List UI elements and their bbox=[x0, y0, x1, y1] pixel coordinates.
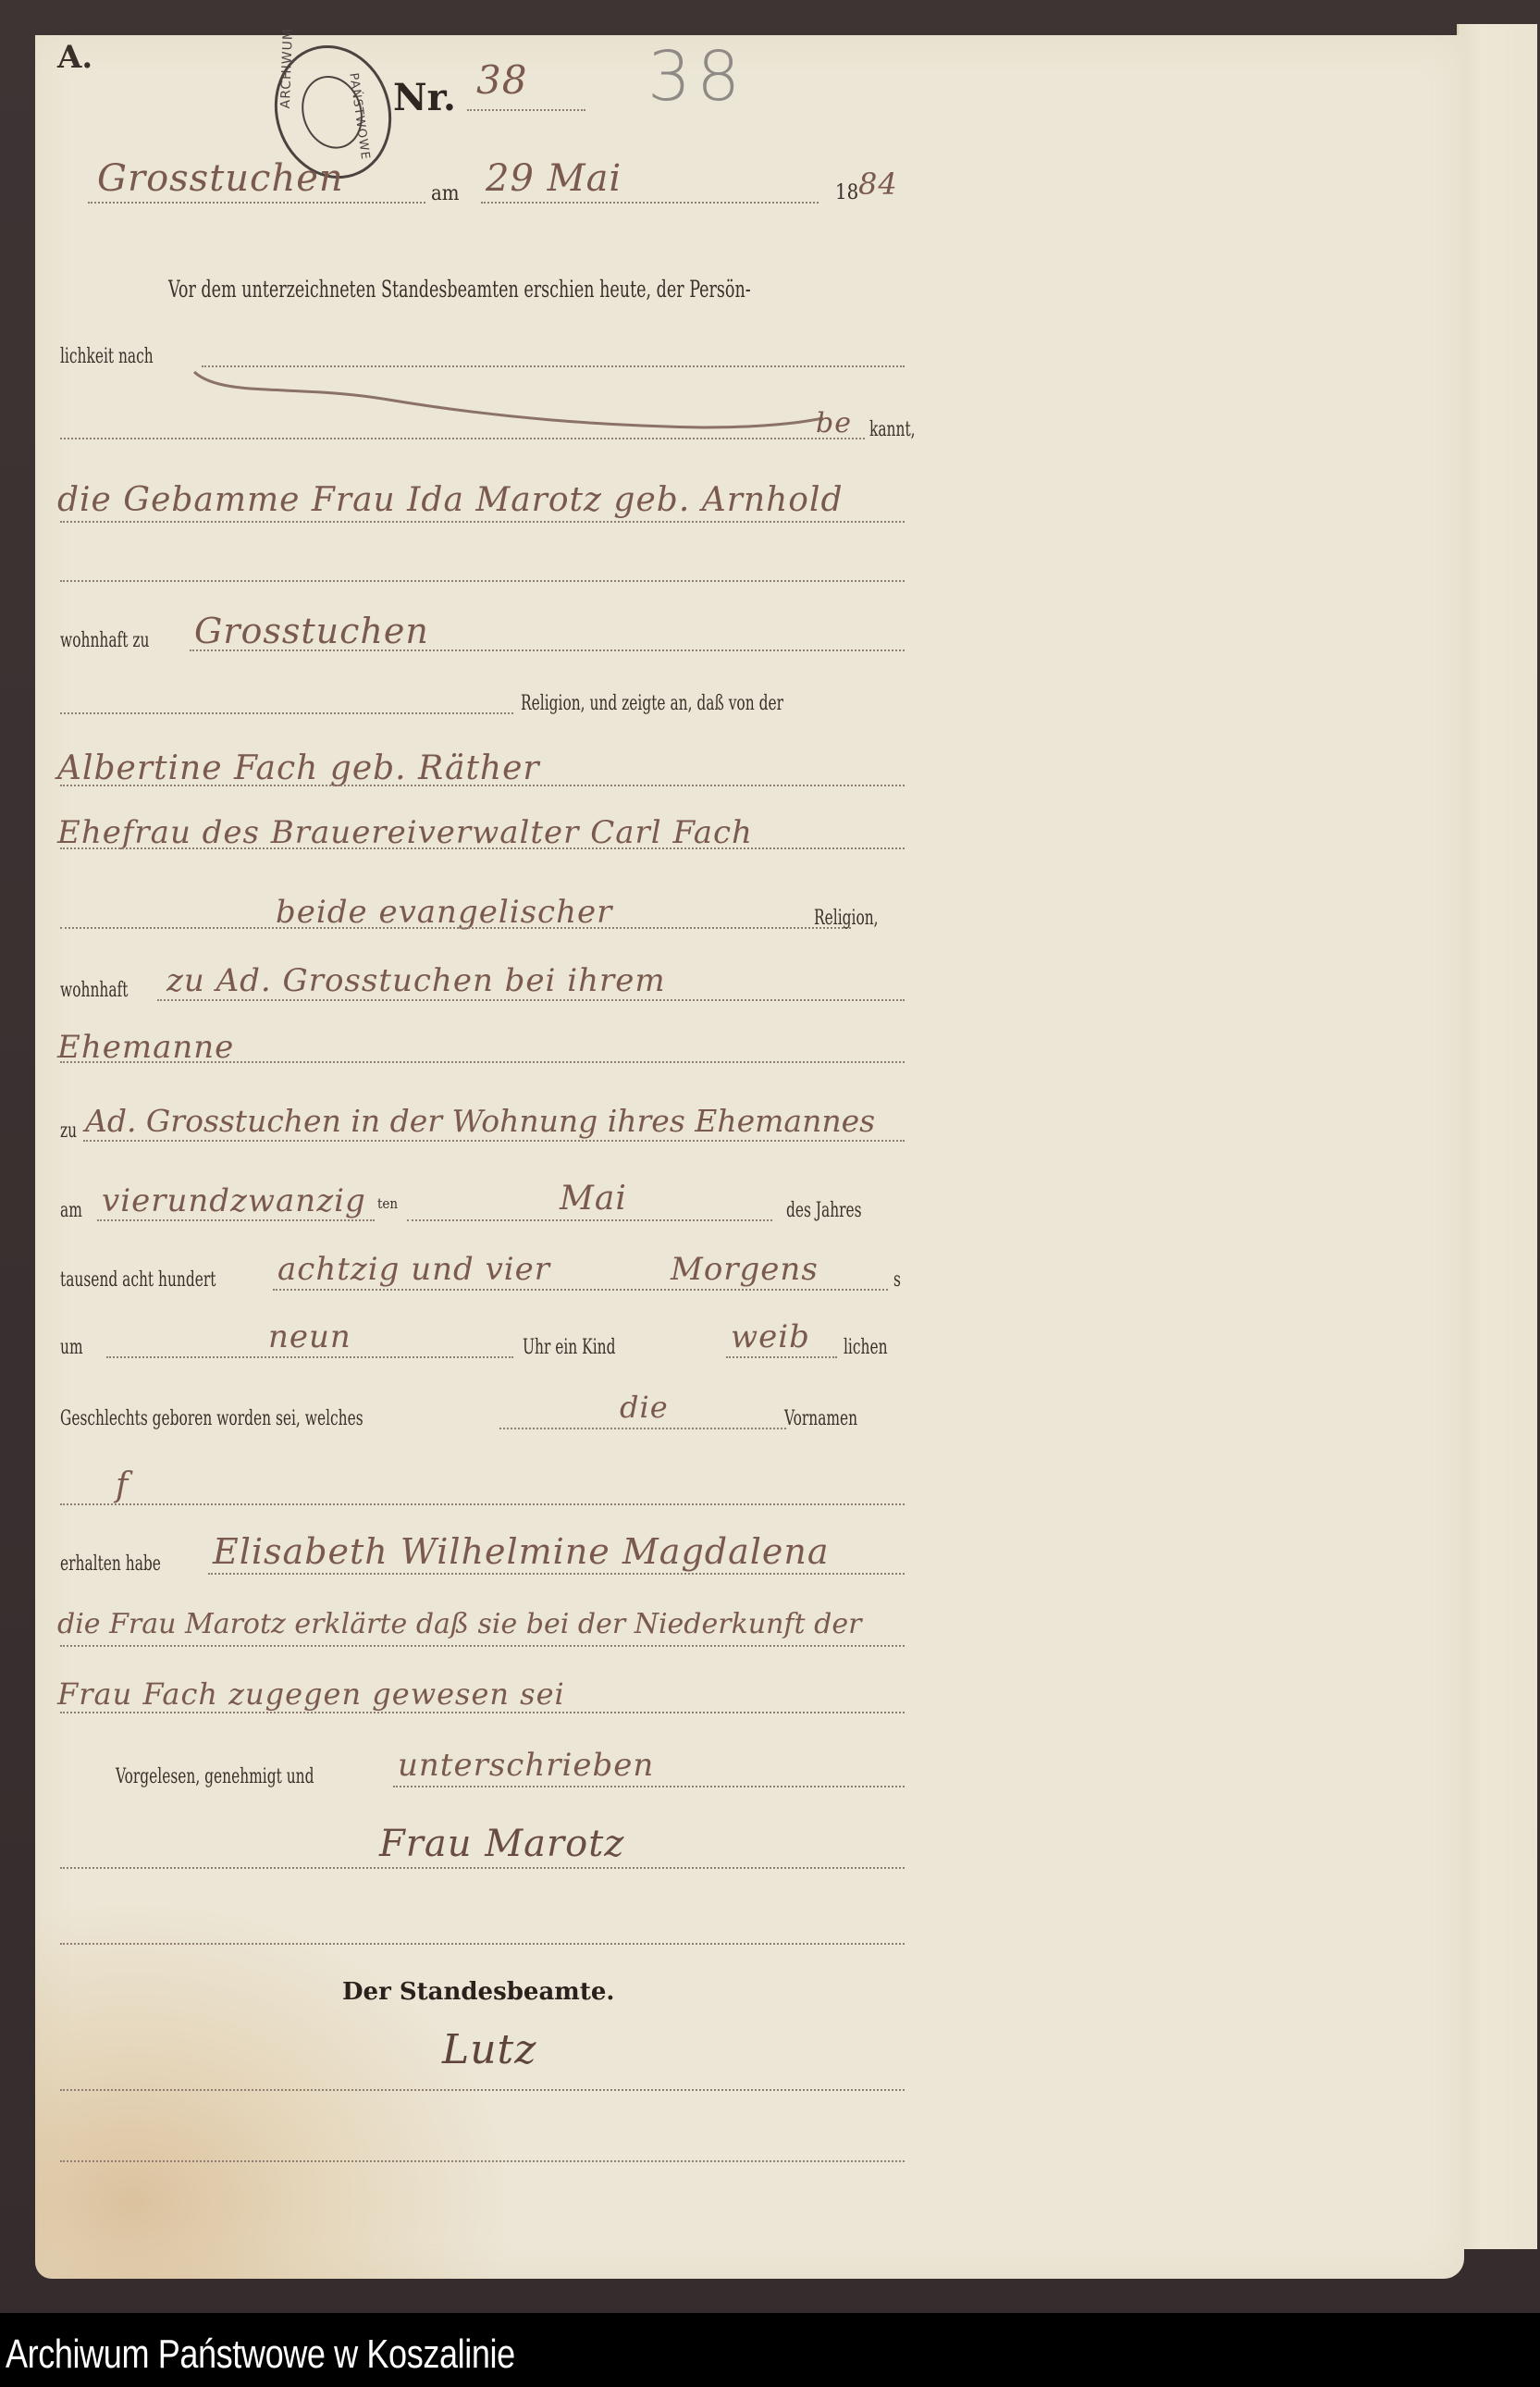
dotted-line bbox=[83, 1140, 905, 1142]
dotted-line bbox=[60, 2160, 905, 2162]
lichen-label: lichen bbox=[844, 1336, 888, 1359]
place-handwritten: Grosstuchen bbox=[97, 157, 344, 200]
sex-handwritten: weib bbox=[731, 1318, 810, 1355]
des-jahres-label: des Jahres bbox=[786, 1199, 862, 1222]
geschlechts-label: Geschlechts geboren worden sei, welches bbox=[60, 1407, 363, 1430]
intro-text: Vor dem unterzeichneten Standesbeamten e… bbox=[168, 276, 751, 303]
am-label-birth: am bbox=[60, 1199, 82, 1222]
dotted-line bbox=[60, 1503, 905, 1505]
religion-label: Religion, bbox=[814, 907, 879, 930]
mother-name: Albertine Fach geb. Räther bbox=[57, 749, 540, 787]
um-label: um bbox=[60, 1336, 83, 1359]
dotted-line bbox=[481, 202, 819, 204]
dotted-line bbox=[60, 521, 905, 523]
dotted-line bbox=[393, 1786, 905, 1787]
dotted-line bbox=[60, 785, 905, 786]
die-handwritten: die bbox=[620, 1390, 669, 1425]
zu-label: zu bbox=[60, 1119, 77, 1143]
dotted-line bbox=[60, 927, 851, 929]
birth-day-handwritten: vierundzwanzig bbox=[102, 1182, 366, 1219]
dotted-line bbox=[60, 438, 865, 439]
dotted-line bbox=[202, 365, 905, 367]
birth-time-handwritten: Morgens bbox=[671, 1251, 819, 1288]
informant-signature: Frau Marotz bbox=[379, 1823, 624, 1865]
year-suffix: 84 bbox=[858, 167, 898, 202]
dotted-line bbox=[60, 1061, 905, 1063]
dotted-line bbox=[726, 1356, 837, 1358]
mother-role: Ehefrau des Brauereiverwalter Carl Fach bbox=[57, 814, 753, 851]
dotted-line bbox=[60, 712, 513, 714]
given-names-handwritten: Elisabeth Wilhelmine Magdalena bbox=[213, 1531, 830, 1572]
note-line-1: die Frau Marotz erklärte daß sie bei der… bbox=[57, 1608, 861, 1640]
religion-handwritten: beide evangelischer bbox=[276, 894, 612, 931]
dotted-line bbox=[273, 1289, 888, 1291]
pencil-annotation: 38 bbox=[647, 37, 745, 117]
registrar-title: Der Standesbeamte. bbox=[342, 1978, 614, 2006]
dotted-line bbox=[60, 1867, 905, 1869]
dotted-line bbox=[60, 1712, 905, 1713]
religion-text: Religion, und zeigte an, daß von der bbox=[521, 692, 783, 715]
dotted-line bbox=[467, 109, 585, 111]
dotted-line bbox=[208, 1573, 905, 1575]
dotted-line bbox=[60, 1645, 905, 1647]
note-line-2: Frau Fach zugegen gewesen sei bbox=[57, 1676, 565, 1712]
registrar-signature: Lutz bbox=[442, 2026, 536, 2073]
birth-month-handwritten: Mai bbox=[560, 1180, 627, 1218]
uhr-kind-label: Uhr ein Kind bbox=[523, 1336, 615, 1359]
residence-handwritten: Grosstuchen bbox=[194, 611, 429, 651]
dotted-line bbox=[407, 1219, 772, 1221]
dotted-line bbox=[60, 1943, 905, 1945]
dotted-line bbox=[499, 1428, 786, 1429]
kannt-label: kannt, bbox=[869, 418, 916, 441]
adjacent-page-edge bbox=[1457, 24, 1537, 2249]
stamp-top-text: ARCHIWUM bbox=[278, 28, 296, 109]
dotted-line bbox=[60, 2089, 905, 2091]
record-number-label: Nr. bbox=[393, 76, 456, 119]
birth-hour-handwritten: neun bbox=[268, 1318, 351, 1355]
mother-residence-continuation: Ehemanne bbox=[57, 1029, 234, 1066]
dotted-line bbox=[106, 1356, 513, 1358]
birth-place-handwritten: Ad. Grosstuchen in der Wohnung ihres Ehe… bbox=[85, 1103, 875, 1139]
s-suffix: s bbox=[893, 1268, 901, 1292]
dotted-line bbox=[97, 1219, 375, 1221]
mother-residence-handwritten: zu Ad. Grosstuchen bei ihrem bbox=[166, 962, 666, 999]
blank-line-mark: f bbox=[116, 1466, 129, 1504]
approval-handwritten: unterschrieben bbox=[398, 1747, 654, 1784]
dotted-line bbox=[88, 202, 425, 204]
tausend-label: tausend acht hundert bbox=[60, 1268, 216, 1292]
dotted-line bbox=[190, 649, 905, 651]
ten-suffix: ten bbox=[377, 1195, 398, 1212]
year-prefix: 18 bbox=[835, 181, 858, 204]
record-number-value: 38 bbox=[476, 57, 527, 103]
dotted-line bbox=[157, 999, 905, 1001]
erhalten-habe-label: erhalten habe bbox=[60, 1552, 161, 1576]
archive-caption: Archiwum Państwowe w Koszalinie bbox=[6, 2331, 515, 2378]
wohnhaft-label: wohnhaft bbox=[60, 979, 128, 1002]
dotted-line bbox=[60, 847, 905, 849]
vornamen-label: Vornamen bbox=[784, 1407, 857, 1430]
be-handwritten: be bbox=[816, 407, 852, 439]
strikethrough-stroke bbox=[185, 370, 832, 435]
vorgelesen-label: Vorgelesen, genehmigt und bbox=[116, 1765, 314, 1788]
form-letter: A. bbox=[57, 39, 92, 76]
date-handwritten: 29 Mai bbox=[486, 157, 622, 200]
informant-name: die Gebamme Frau Ida Marotz geb. Arnhold bbox=[57, 481, 844, 519]
lichkeit-label: lichkeit nach bbox=[60, 345, 154, 368]
am-label: am bbox=[431, 182, 460, 205]
wohnhaft-zu-label: wohnhaft zu bbox=[60, 629, 149, 652]
dotted-line bbox=[60, 580, 905, 582]
birth-year-handwritten: achtzig und vier bbox=[277, 1251, 550, 1288]
